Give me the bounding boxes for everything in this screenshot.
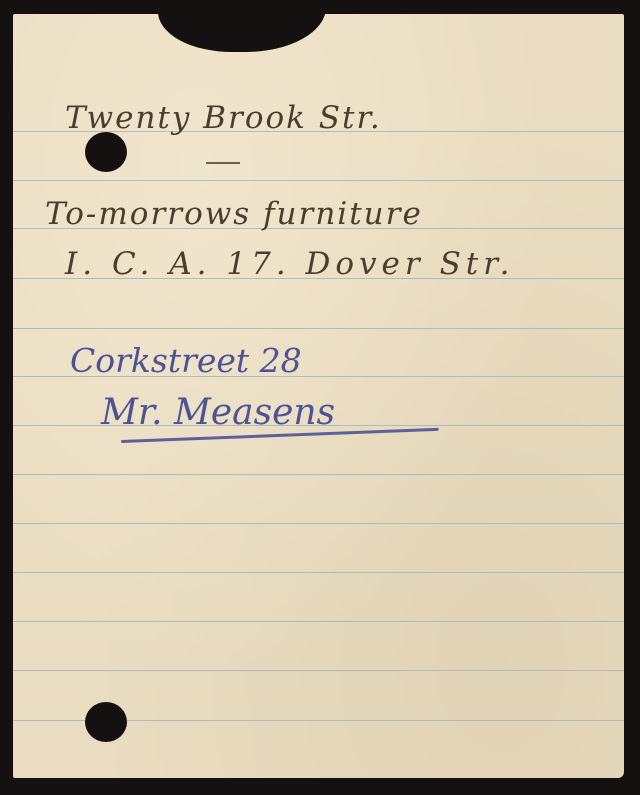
- note-line-2: To-morrows furniture: [45, 196, 423, 232]
- rule-line: [13, 474, 624, 475]
- punch-hole-bottom: [85, 702, 127, 742]
- rule-line: [13, 670, 624, 671]
- note-line-1-underline: [206, 162, 240, 164]
- note-line-3: I. C. A. 17. Dover Str.: [65, 246, 515, 282]
- torn-edge: [158, 14, 326, 52]
- note-line-4: Corkstreet 28: [70, 341, 302, 380]
- note-line-1: Twenty Brook Str.: [65, 100, 382, 136]
- index-card: Twenty Brook Str. To-morrows furniture I…: [13, 14, 624, 778]
- rule-line: [13, 180, 624, 181]
- rule-line: [13, 572, 624, 573]
- rule-line: [13, 328, 624, 329]
- rule-line: [13, 621, 624, 622]
- note-line-5: Mr. Measens: [101, 392, 335, 433]
- rule-line: [13, 523, 624, 524]
- scan-background: Twenty Brook Str. To-morrows furniture I…: [0, 0, 640, 795]
- punch-hole-top: [85, 132, 127, 172]
